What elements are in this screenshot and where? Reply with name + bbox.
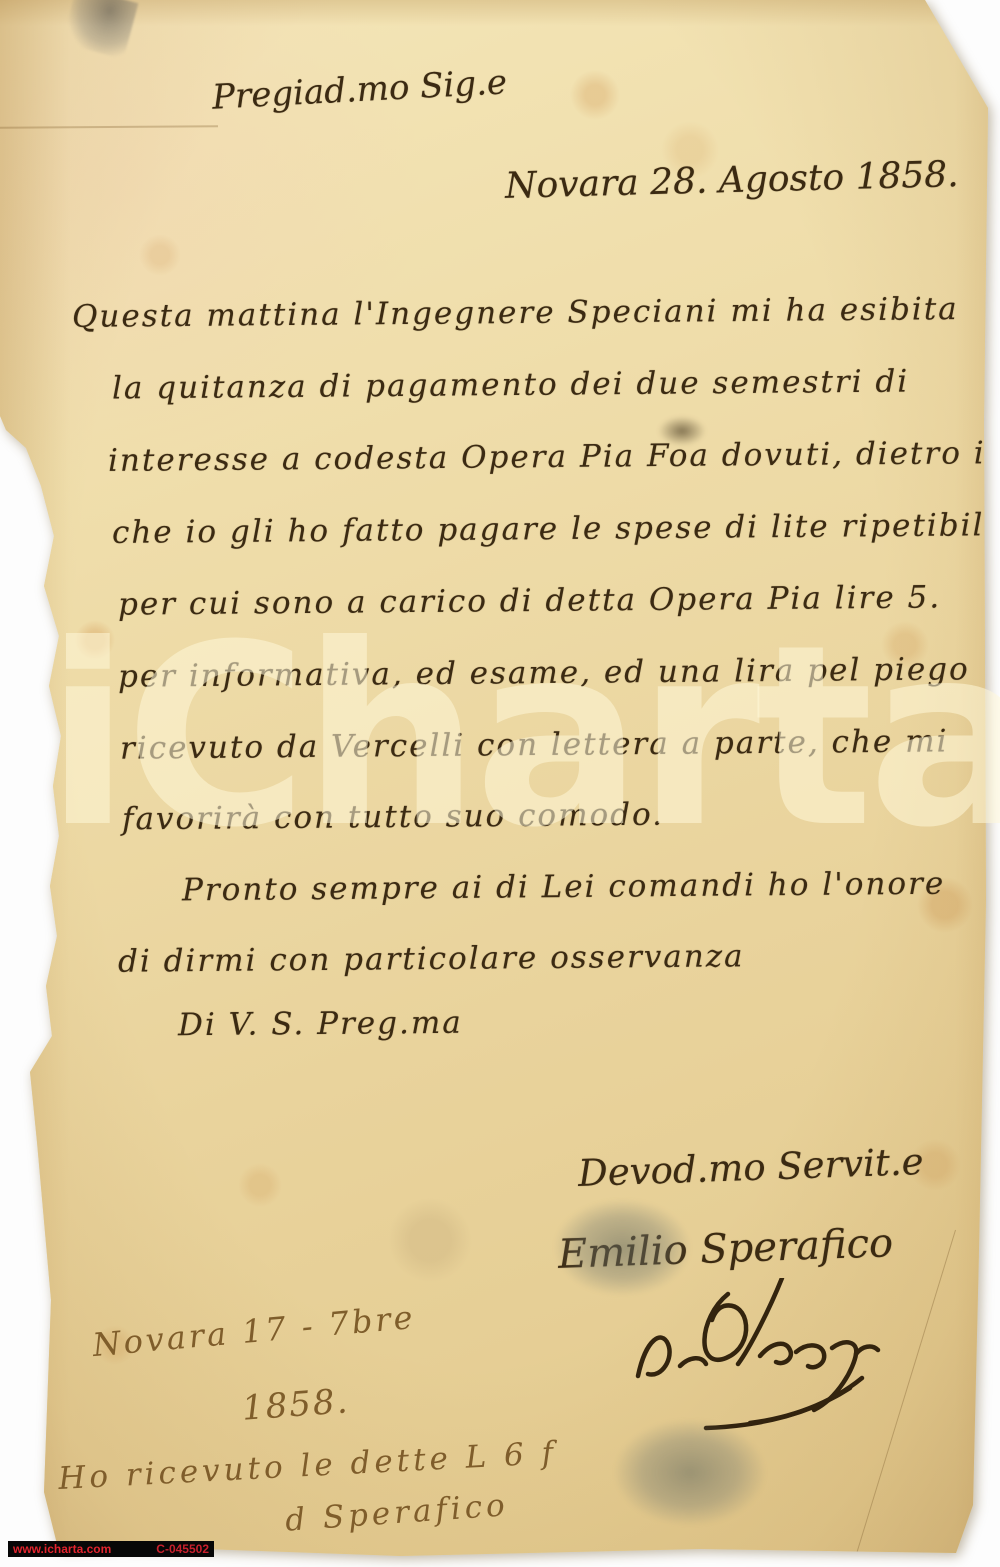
body-line: la quitanza di pagamento dei due semestr…: [112, 364, 909, 407]
scanned-letter-canvas: Pregiad.mo Sig.e Novara 28. Agosto 1858.…: [0, 0, 1000, 1567]
annotation-year: 1858.: [241, 1381, 351, 1428]
body-line: Pronto sempre ai di Lei comandi ho l'ono…: [182, 866, 946, 909]
valediction-line: Di V. S. Preg.ma: [178, 1005, 463, 1043]
body-line: di dirmi con particolare osservanza: [118, 938, 745, 979]
body-line: per cui sono a carico di detta Opera Pia…: [118, 579, 941, 622]
body-line: per informativa, ed esame, ed una lira p…: [118, 651, 970, 694]
ink-smudge-fingerprint: [615, 1420, 765, 1525]
source-item-code: C-045502: [156, 1542, 209, 1556]
source-website: www.icharta.com: [13, 1542, 111, 1556]
ink-blot: [658, 416, 706, 446]
paper-shadow: Pregiad.mo Sig.e Novara 28. Agosto 1858.…: [0, 0, 1000, 1567]
body-line: favorirà con tutto suo comodo.: [122, 797, 664, 838]
signature-flourish-graphic: [610, 1278, 960, 1438]
letter-paper: Pregiad.mo Sig.e Novara 28. Agosto 1858.…: [0, 0, 1000, 1567]
body-line: ricevuto da Vercelli con lettera a parte…: [120, 723, 949, 766]
ink-smudge-fingerprint: [555, 1200, 690, 1295]
source-bar: www.icharta.com C-045502: [8, 1541, 214, 1557]
